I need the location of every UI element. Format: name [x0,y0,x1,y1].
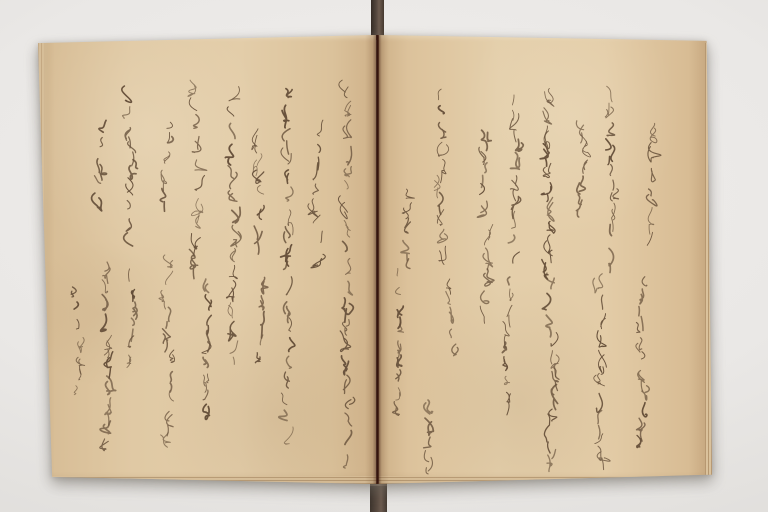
book-gutter [365,35,389,484]
right-page [378,35,712,484]
stand-rod-top [371,0,384,40]
book-surface [38,35,712,484]
left-page [38,35,376,484]
manuscript-book [38,35,712,484]
stand-rod-bottom [370,482,387,512]
